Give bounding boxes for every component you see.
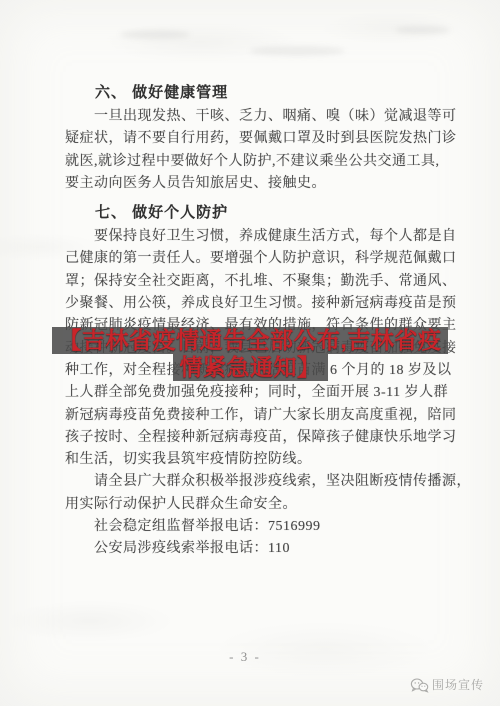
page-number: - 3 - — [0, 649, 490, 665]
text-line: 要保持良好卫生习惯，养成健康生活方式，每个人都是自 — [65, 226, 457, 248]
section-heading-personal-protection: 七、 做好个人防护 — [65, 202, 457, 224]
text-line: 防新冠肺炎疫情最经济、最有效的措施，符合条件的群众要主 — [65, 315, 457, 337]
text-line: 己健康的第一责任人。要增强个人防护意识，科学规范佩戴口 — [65, 248, 457, 270]
section-heading-health: 六、 做好健康管理 — [65, 82, 457, 104]
scan-artifact — [250, 46, 345, 56]
scan-artifact — [395, 26, 450, 34]
publisher-watermark: 围场宣传 — [410, 676, 484, 693]
text-line: 动接种新冠疫苗。目前，我县已启动新冠病毒疫苗加强免疫接 — [65, 338, 457, 360]
hotline-police: 公安局涉疫线索举报电话：110 — [65, 538, 457, 560]
text-line: 要主动向医务人员告知旅居史、接触史。 — [65, 173, 457, 195]
text-line: 和生活，切实我县筑牢疫情防控防线。 — [65, 449, 457, 471]
text-line: 疑症状，请不要自行用药，要佩戴口罩及时到县医院发热门诊 — [65, 128, 457, 150]
scanned-document-page: 六、 做好健康管理 一旦出现发热、干咳、乏力、咽痛、嗅（味）觉减退等可 疑症状，… — [0, 0, 500, 706]
wechat-icon — [410, 677, 429, 693]
text-line: 就医,就诊过程中要做好个人防护,不建议乘坐公共交通工具, — [65, 151, 457, 173]
text-line: 少聚餐、用公筷，养成良好卫生习惯。接种新冠病毒疫苗是预 — [65, 293, 457, 315]
document-body: 六、 做好健康管理 一旦出现发热、干咳、乏力、咽痛、嗅（味）觉减退等可 疑症状，… — [65, 82, 457, 561]
scan-artifact — [120, 30, 190, 39]
text-line: 一旦出现发热、干咳、乏力、咽痛、嗅（味）觉减退等可 — [65, 106, 457, 128]
text-line: 罩；保持安全社交距离，不扎堆、不聚集；勤洗手、常通风、 — [65, 271, 457, 293]
text-line: 请全县广大群众积极举报涉疫线索，坚决阻断疫情传播源， — [65, 471, 457, 493]
hotline-stability-group: 社会稳定组监督举报电话：7516999 — [65, 516, 457, 538]
text-line: 新冠病毒疫苗免费接种工作，请广大家长朋友高度重视，陪同 — [65, 405, 457, 427]
text-line: 种工作，对全程接种新冠病毒灭活疫苗满 6 个月的 18 岁及以 — [65, 360, 457, 382]
text-line: 孩子按时、全程接种新冠病毒疫苗，保障孩子健康快乐地学习 — [65, 427, 457, 449]
watermark-label: 围场宣传 — [432, 676, 484, 693]
text-line: 用实际行动保护人民群众生命安全。 — [65, 494, 457, 516]
text-line: 上人群全部免费加强免疫接种；同时，全面开展 3-11 岁人群 — [65, 382, 457, 404]
